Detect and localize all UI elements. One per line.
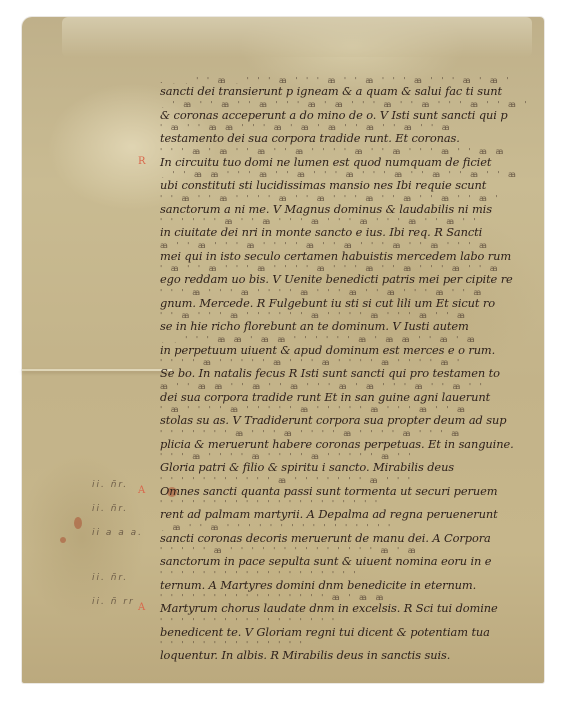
neume-row: ꞌ ꞌ ꞌ ꜳ ꞌ ꞌ ꞌ ꜳ ꞌ ꞌ ꞌ ꞌ ꜳ ꞌ ꞌ ꞌ ꜳ ꞌ ꞌ ꜳ …: [160, 288, 532, 296]
text-line: ꞌ ꞌ ꞌ ꜳ ꞌ ꜳ ꞌ ꞌ ꜳ ꞌ ꞌ ꜳ ꞌ ꞌ ꞌ ꞌ ꜳ ꞌ ꞌ ꜳ …: [160, 149, 532, 173]
neume-row: ꞌ ꞌ ꞌ ꞌ ꞌ ꞌ ꞌ ꞌ ꞌ ꞌ ꞌ ꞌ ꞌ ꞌ ꞌ ꞌ ꞌ ꞌ ꞌ: [160, 570, 532, 578]
neume-row: ꜳ ꞌ ꞌ ꜳ ꜳ ꞌ ꞌ ꜳ ꞌ ꞌ ꜳ ꞌ ꞌ ꞌ ꜳ ꞌ ꜳ ꞌ ꞌ ꞌ …: [160, 382, 532, 390]
neume-row: ꞌ ꞌ ꞌ ꞌ ꞌ ꞌ ꞌ ꞌ ꞌ ꞌ ꞌ ꞌ ꞌ ꞌ ꞌ ꞌ ꜳ ꞌ ꜳ ꜳ: [160, 593, 532, 601]
rubric-cue-A: A: [138, 602, 145, 613]
text-line: ꞌ ꞌ ꞌ ꞌ ꞌ ꞌ ꜳ ꞌ ꞌ ꜳ ꞌ ꞌ ꞌ ꜳ ꞌ ꞌ ꞌ ꜳ ꞌ ꞌ …: [160, 219, 532, 243]
text-line: ꞌ ꞌ ꞌ ꞌ ꞌ ꞌ ꞌ ꞌ ꞌ ꞌ ꞌ ꞌ ꞌ ꞌ ꞌ ꞌ ꜳ ꞌ ꜳ ꜳ …: [160, 595, 532, 619]
chant-text: stolas su as. V Tradiderunt corpora sua …: [160, 413, 506, 427]
margin-neumes: ii. ñr.: [92, 480, 128, 490]
neume-row: ꞌ ꞌ ꞌ ꞌ ꞌ ꜳ ꞌ ꞌ ꞌ ꞌ ꞌ ꞌ ꞌ ꞌ ꞌ ꞌ ꞌ ꞌ ꞌ ꞌ …: [160, 546, 532, 554]
neume-row: ꞌ ꜳ ꞌ ꞌ ꞌ ꞌ ꜳ ꞌ ꞌ ꞌ ꞌ ꞌ ꜳ ꞌ ꞌ ꞌ ꞌ ꞌ ꜳ ꞌ …: [160, 405, 532, 413]
red-stain: [74, 517, 82, 529]
text-line: ꞌ ꞌ ꞌ ꞌ ꞌ ꞌ ꞌ ꜳ ꞌ ꞌ ꞌ ꜳ ꞌ ꞌ ꞌ ꞌ ꜳ ꞌ ꞌ ꞌ …: [160, 431, 532, 455]
neume-row: ꞌ ꞌ ꞌ ꜳ ꞌ ꞌ ꞌ ꞌ ꜳ ꞌ ꞌ ꞌ ꞌ ꜳ ꞌ ꞌ ꞌ ꞌ ꞌ ꜳ …: [160, 452, 532, 460]
text-line: ꞌ ꞌ ꞌ ꞌ ꞌ ꞌ ꞌ ꞌ ꞌ ꞌ ꞌ ꞌ ꞌ ꞌ ꞌ ꞌ ꞌ ꞌ ꞌ ꞌ …: [160, 501, 532, 525]
text-line: ꞌ ꞌ ꜳ ꞌ ꞌ ꞌ ꜳ ꞌ ꞌ ꞌ ꞌ ꞌ ꞌ ꜳ ꞌ ꞌ ꞌ ꞌ ꜳ ꞌ …: [160, 313, 532, 337]
neume-row: ˏ ˏ ꞌ ꞌ ꞌ ꜳ ꜳ ꞌ ꜳ ꜳ ꞌ ꞌ ꞌ ꞌ ꞌ ꞌ ꜳ ꞌ ꜳ ꜳ …: [160, 335, 532, 343]
text-line: ꞌ ꞌ ꞌ ꞌ ꞌ ꞌ ꞌ ꞌ ꞌ ꞌ ꞌ ꞌ ꞌ ꞌ ꞌ ꞌ ꞌ benedi…: [160, 619, 532, 643]
neume-row: ꞌ ꞌ ꜳ ꞌ ꞌ ꜳ ꞌ ꞌ ꞌ ꞌ ꜳ ꞌ ꞌ ꜳ ꞌ ꞌ ꞌ ꜳ ꞌ ꞌ …: [160, 194, 532, 202]
text-line: ꜳ ꞌ ꞌ ꜳ ꞌ ꞌ ꞌ ꜳ ꞌ ꞌ ꞌ ꞌ ꜳ ꞌ ꞌ ꜳ ꞌ ꞌ ꞌ ꜳ …: [160, 243, 532, 267]
neume-row: ˏ ꜳ ꞌ ꞌ ꜳ ꞌ ꞌ ꞌ ꞌ ꞌ ꞌ ꞌ ꞌ ꞌ ꞌ ꞌ ꞌ ꞌ ꞌ ꞌ …: [160, 523, 532, 531]
neume-row: ꞌ ꞌ ꞌ ꞌ ꞌ ꞌ ꞌ ꞌ ꞌ ꞌ ꞌ ꜳ ꞌ ꞌ ꞌ ꞌ ꞌ ꞌ ꞌ ꜳ …: [160, 476, 532, 484]
chant-text: sancti dei transierunt p igneam & a quam…: [160, 84, 502, 98]
red-stain: [60, 537, 66, 543]
text-line: ꞌ ꞌ ꞌ ꞌ ꜳ ꞌ ꞌ ꞌ ꞌ ꞌ ꜳ ꞌ ꞌ ꞌ ꜳ ꞌ ꞌ ꞌ ꞌ ꜳ …: [160, 360, 532, 384]
chant-text: dei sua corpora tradide runt Et in san g…: [160, 390, 490, 404]
chant-text-block: . ˏ ˏ ꞌ ꞌ ꜳ ˏ ꞌ ꞌ ꞌ ꜳ ꞌ ꞌ ꞌ ꜳ ꞌ ꞌ ꜳ ꞌ ꞌ …: [160, 78, 532, 666]
neume-row: ꞌ ꞌ ꞌ ꞌ ꞌ ꞌ ꞌ ꜳ ꞌ ꞌ ꞌ ꜳ ꞌ ꞌ ꞌ ꞌ ꜳ ꞌ ꞌ ꞌ …: [160, 429, 532, 437]
text-line: ꞌ ꞌ ꜳ ꞌ ꞌ ꜳ ꞌ ꞌ ꞌ ꞌ ꜳ ꞌ ꞌ ꜳ ꞌ ꞌ ꞌ ꜳ ꞌ ꞌ …: [160, 196, 532, 220]
neume-row: ꞌ ꜳ ꞌ ꞌ ꜳ ꞌ ꞌ ꞌ ꜳ ꞌ ꞌ ꞌ ꞌ ꜳ ꞌ ꞌ ꞌ ꜳ ꞌ ꞌ …: [160, 264, 532, 272]
text-line: ꞌ ꞌ ꞌ ꞌ ꞌ ꞌ ꞌ ꞌ ꞌ ꞌ ꞌ ꞌ ꞌ ꞌ ꞌ ꞌ ꞌ ꞌ ꞌ te…: [160, 572, 532, 596]
text-line: ˏ ꞌ ꜳ ꞌ ꞌ ꜳ ꞌ ꞌ ꜳ ꞌ ꞌ ꞌ ꜳ ꞌ ꜳ ꞌ ꞌ ꞌ ꜳ ꞌ …: [160, 102, 532, 126]
chant-text: In circuitu tuo domi ne lumen est quod n…: [160, 155, 491, 169]
damaged-top-edge: [62, 17, 532, 57]
chant-text: loquentur. In albis. R Mirabilis deus in…: [160, 648, 450, 662]
chant-text: ubi constituti sti lucidissimas mansio n…: [160, 178, 486, 192]
margin-neumes: ii. ñr.: [92, 573, 128, 583]
text-line: ꞌ ꜳ ꞌ ꞌ ꜳ ꜳ ꞌ ꞌ ꞌ ꜳ ꞌ ꜳ ꞌ ꜳ ꞌ ꞌ ꜳ ꞌ ꞌ ꜳ …: [160, 125, 532, 149]
chant-text: mei qui in isto seculo certamen habuisti…: [160, 249, 511, 263]
chant-text: in perpetuum uiuent & apud dominum est m…: [160, 343, 495, 357]
chant-text: in ciuitate dei nri in monte sancto e iu…: [160, 225, 482, 239]
margin-neumes: ii. ñr.: [92, 504, 128, 514]
chant-text: & coronas acceperunt a do mino de o. V I…: [160, 108, 508, 122]
chant-text: se in hie richo florebunt an te dominum.…: [160, 319, 469, 333]
text-line: ꜳ ꞌ ꞌ ꜳ ꜳ ꞌ ꞌ ꜳ ꞌ ꞌ ꜳ ꞌ ꞌ ꞌ ꜳ ꞌ ꜳ ꞌ ꞌ ꞌ …: [160, 384, 532, 408]
chant-text: plicia & meruerunt habere coronas perpet…: [160, 437, 514, 451]
text-line: ˏ ˏ ꞌ ꞌ ꞌ ꜳ ꜳ ꞌ ꜳ ꜳ ꞌ ꞌ ꞌ ꞌ ꞌ ꞌ ꜳ ꞌ ꜳ ꜳ …: [160, 337, 532, 361]
chant-text: ego reddam uo bis. V Uenite benedicti pa…: [160, 272, 513, 286]
chant-text: sancti coronas decoris meruerunt de manu…: [160, 531, 491, 545]
neume-row: ꞌ ꞌ ꞌ ꞌ ꞌ ꞌ ꞌ ꞌ ꞌ ꞌ ꞌ ꞌ ꞌ ꞌ: [160, 640, 532, 648]
neume-row: ꞌ ꞌ ꜳ ꞌ ꞌ ꞌ ꜳ ꞌ ꞌ ꞌ ꞌ ꞌ ꞌ ꜳ ꞌ ꞌ ꞌ ꞌ ꜳ ꞌ …: [160, 311, 532, 319]
neume-row: ˏ ꞌ ꜳ ꞌ ꞌ ꜳ ꞌ ꞌ ꜳ ꞌ ꞌ ꞌ ꜳ ꞌ ꜳ ꞌ ꞌ ꞌ ꜳ ꞌ …: [160, 100, 532, 108]
chant-text: Martyrum chorus laudate dnm in excelsis.…: [160, 601, 498, 615]
chant-text: sanctorum in pace sepulta sunt & uiuent …: [160, 554, 491, 568]
rubric-cue-A: A: [138, 485, 145, 496]
neume-row: ꞌ ꞌ ꞌ ꞌ ꞌ ꞌ ꜳ ꞌ ꞌ ꜳ ꞌ ꞌ ꞌ ꜳ ꞌ ꞌ ꞌ ꜳ ꞌ ꞌ …: [160, 217, 532, 225]
text-line: ꞌ ꞌ ꞌ ꜳ ꞌ ꞌ ꞌ ꞌ ꜳ ꞌ ꞌ ꞌ ꞌ ꜳ ꞌ ꞌ ꞌ ꞌ ꞌ ꜳ …: [160, 454, 532, 478]
rubric-cue-R: R: [138, 156, 146, 167]
chant-text: Gloria patri & filio & spiritu i sancto.…: [160, 460, 454, 474]
text-line: ꞌ ꜳ ꞌ ꞌ ꞌ ꞌ ꜳ ꞌ ꞌ ꞌ ꞌ ꞌ ꜳ ꞌ ꞌ ꞌ ꞌ ꞌ ꜳ ꞌ …: [160, 407, 532, 431]
chant-text: benedicent te. V Gloriam regni tui dicen…: [160, 625, 490, 639]
chant-text: sanctorum a ni me. V Magnus dominus & la…: [160, 202, 492, 216]
neume-row: ꞌ ꞌ ꞌ ꞌ ꜳ ꞌ ꞌ ꞌ ꞌ ꞌ ꜳ ꞌ ꞌ ꞌ ꜳ ꞌ ꞌ ꞌ ꞌ ꜳ …: [160, 358, 532, 366]
chant-text: Se bo. In natalis fecus R Isti sunt sanc…: [160, 366, 500, 380]
chant-text: testamento dei sua corpora tradide runt.…: [160, 131, 460, 145]
neume-row: ꞌ ꜳ ꞌ ꞌ ꜳ ꜳ ꞌ ꞌ ꞌ ꜳ ꞌ ꜳ ꞌ ꜳ ꞌ ꞌ ꜳ ꞌ ꞌ ꜳ …: [160, 123, 532, 131]
text-line: ꞌ ꜳ ꞌ ꞌ ꜳ ꞌ ꞌ ꞌ ꜳ ꞌ ꞌ ꞌ ꞌ ꜳ ꞌ ꞌ ꞌ ꜳ ꞌ ꞌ …: [160, 266, 532, 290]
chant-text: gnum. Mercede. R Fulgebunt iu sti si cut…: [160, 296, 495, 310]
text-line: ꞌ ꞌ ꞌ ꞌ ꞌ ꞌ ꞌ ꞌ ꞌ ꞌ ꞌ ꜳ ꞌ ꞌ ꞌ ꞌ ꞌ ꞌ ꞌ ꜳ …: [160, 478, 532, 502]
neume-row: ꞌ ꞌ ꞌ ꞌ ꞌ ꞌ ꞌ ꞌ ꞌ ꞌ ꞌ ꞌ ꞌ ꞌ ꞌ ꞌ ꞌ: [160, 617, 532, 625]
text-line: ˏ ꜳ ꞌ ꞌ ꜳ ꞌ ꞌ ꞌ ꞌ ꞌ ꞌ ꞌ ꞌ ꞌ ꞌ ꞌ ꞌ ꞌ ꞌ ꞌ …: [160, 525, 532, 549]
margin-neumes: ii. ñ rr: [92, 597, 135, 607]
neume-row: ꜳ ꞌ ꞌ ꜳ ꞌ ꞌ ꞌ ꜳ ꞌ ꞌ ꞌ ꞌ ꜳ ꞌ ꞌ ꜳ ꞌ ꞌ ꞌ ꜳ …: [160, 241, 532, 249]
text-line: ˏ ꞌ ꞌ ꜳ ꜳ ꞌ ꞌ ꞌ ꜳ ꞌ ꞌ ꜳ ꞌ ꞌ ꞌ ꜳ ꞌ ꞌ ꞌ ꜳ …: [160, 172, 532, 196]
chant-text: ternum. A Martyres domini dnm benedicite…: [160, 578, 476, 592]
chant-text: Omnes sancti quanta passi sunt tormenta …: [160, 484, 497, 498]
text-line: . ˏ ˏ ꞌ ꞌ ꜳ ˏ ꞌ ꞌ ꞌ ꜳ ꞌ ꞌ ꞌ ꜳ ꞌ ꞌ ꜳ ꞌ ꞌ …: [160, 78, 532, 102]
text-line: ꞌ ꞌ ꞌ ꜳ ꞌ ꞌ ꞌ ꜳ ꞌ ꞌ ꞌ ꞌ ꜳ ꞌ ꞌ ꞌ ꜳ ꞌ ꞌ ꜳ …: [160, 290, 532, 314]
text-line: ꞌ ꞌ ꞌ ꞌ ꞌ ꞌ ꞌ ꞌ ꞌ ꞌ ꞌ ꞌ ꞌ ꞌ loquentur. I…: [160, 642, 532, 666]
neume-row: ˏ ꞌ ꞌ ꜳ ꜳ ꞌ ꞌ ꞌ ꜳ ꞌ ꞌ ꜳ ꞌ ꞌ ꞌ ꜳ ꞌ ꞌ ꞌ ꜳ …: [160, 170, 532, 178]
neume-row: ꞌ ꞌ ꞌ ꞌ ꞌ ꞌ ꞌ ꞌ ꞌ ꞌ ꞌ ꞌ ꞌ ꞌ ꞌ ꞌ ꞌ ꞌ ꞌ ꞌ …: [160, 499, 532, 507]
fold-line: [22, 369, 172, 371]
margin-neumes: ii a a a.: [92, 528, 143, 538]
chant-text: rent ad palmam martyrii. A Depalma ad re…: [160, 507, 498, 521]
text-line: ꞌ ꞌ ꞌ ꞌ ꞌ ꜳ ꞌ ꞌ ꞌ ꞌ ꞌ ꞌ ꞌ ꞌ ꞌ ꞌ ꞌ ꞌ ꞌ ꞌ …: [160, 548, 532, 572]
neume-row: ꞌ ꞌ ꞌ ꜳ ꞌ ꜳ ꞌ ꞌ ꜳ ꞌ ꞌ ꜳ ꞌ ꞌ ꞌ ꞌ ꜳ ꞌ ꞌ ꜳ …: [160, 147, 532, 155]
neume-row: . ˏ ˏ ꞌ ꞌ ꜳ ˏ ꞌ ꞌ ꞌ ꜳ ꞌ ꞌ ꞌ ꜳ ꞌ ꞌ ꜳ ꞌ ꞌ …: [160, 76, 532, 84]
